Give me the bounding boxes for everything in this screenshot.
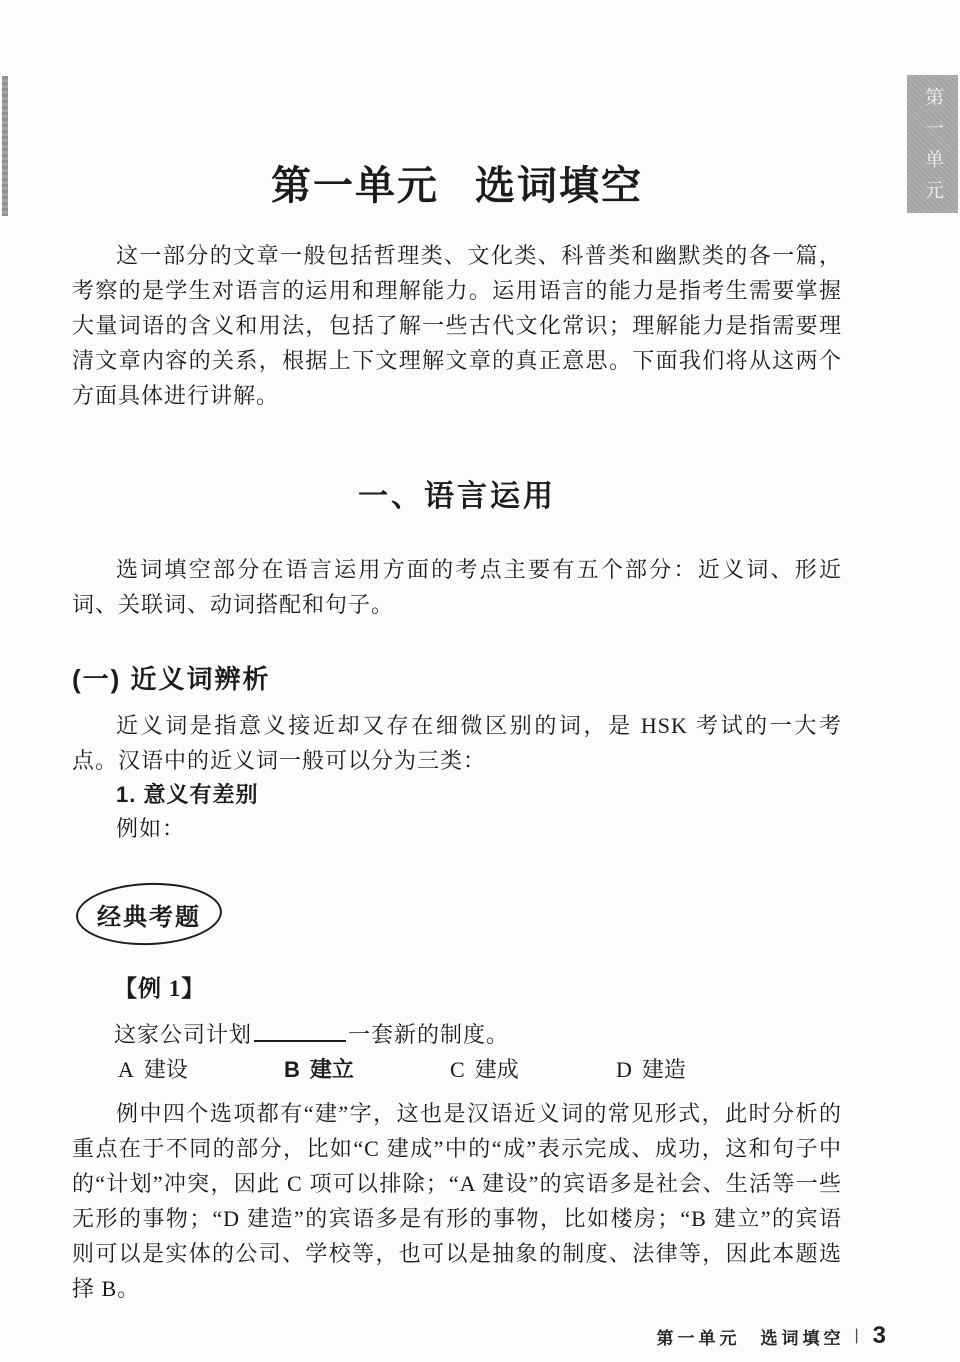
- intro-paragraph: 这一部分的文章一般包括哲理类、文化类、科普类和幽默类的各一篇，考察的是学生对语言…: [72, 238, 842, 413]
- sentence-pre: 这家公司计划: [114, 1022, 252, 1047]
- subsection-heading-synonyms: (一) 近义词辨析: [72, 662, 842, 696]
- sentence-post: 一套新的制度。: [348, 1022, 509, 1047]
- footer-unit-label: 第一单元: [656, 1324, 740, 1349]
- example-1-label: 【例 1】: [72, 974, 884, 1004]
- option-d-key: D: [616, 1057, 632, 1082]
- point-1-heading: 1. 意义有差别: [72, 780, 842, 810]
- option-a-text: 建设: [144, 1057, 188, 1082]
- option-d: D建造: [616, 1054, 686, 1086]
- classic-question-badge: 经典考题: [75, 880, 223, 947]
- footer-page-number: 3: [873, 1322, 886, 1350]
- option-b: B建立: [284, 1054, 450, 1086]
- option-d-text: 建造: [642, 1057, 686, 1082]
- classic-question-badge-label: 经典考题: [97, 897, 201, 932]
- section-intro-paragraph: 选词填空部分在语言运用方面的考点主要有五个部分：近义词、形近词、关联词、动词搭配…: [72, 552, 842, 622]
- option-b-text: 建立: [310, 1057, 354, 1082]
- unit-thumb-tab: 第一单元: [907, 75, 958, 213]
- answer-blank: [254, 1018, 346, 1042]
- option-c: C建成: [450, 1054, 616, 1086]
- page-edge-scan-artifact: [2, 76, 8, 216]
- section-heading-language-use: 一、语言运用: [72, 478, 842, 516]
- page-title: 第一单元选词填空: [72, 162, 842, 210]
- example-lead-text: 例如：: [72, 814, 842, 844]
- footer-divider: |: [854, 1327, 858, 1345]
- option-a: A建设: [118, 1054, 284, 1086]
- option-b-key: B: [284, 1057, 300, 1082]
- example-1-sentence: 这家公司计划一套新的制度。: [72, 1018, 884, 1051]
- book-page: 第一单元 第一单元选词填空 这一部分的文章一般包括哲理类、文化类、科普类和幽默类…: [0, 0, 960, 1362]
- analysis-paragraph: 例中四个选项都有“建”字，这也是汉语近义词的常见形式，此时分析的重点在于不同的部…: [72, 1096, 842, 1306]
- unit-thumb-tab-label: 第一单元: [923, 77, 942, 211]
- page-footer: 第一单元 选词填空 | 3: [656, 1322, 886, 1350]
- footer-topic-label: 选词填空: [760, 1324, 844, 1349]
- options-row: A建设 B建立 C建成 D建造: [72, 1054, 888, 1086]
- page-title-topic: 选词填空: [475, 163, 643, 208]
- option-c-text: 建成: [475, 1057, 519, 1082]
- synonyms-paragraph: 近义词是指意义接近却又存在细微区别的词，是 HSK 考试的一大考点。汉语中的近义…: [72, 708, 842, 778]
- option-c-key: C: [450, 1057, 465, 1082]
- option-a-key: A: [118, 1057, 134, 1082]
- page-title-unit: 第一单元: [271, 163, 439, 208]
